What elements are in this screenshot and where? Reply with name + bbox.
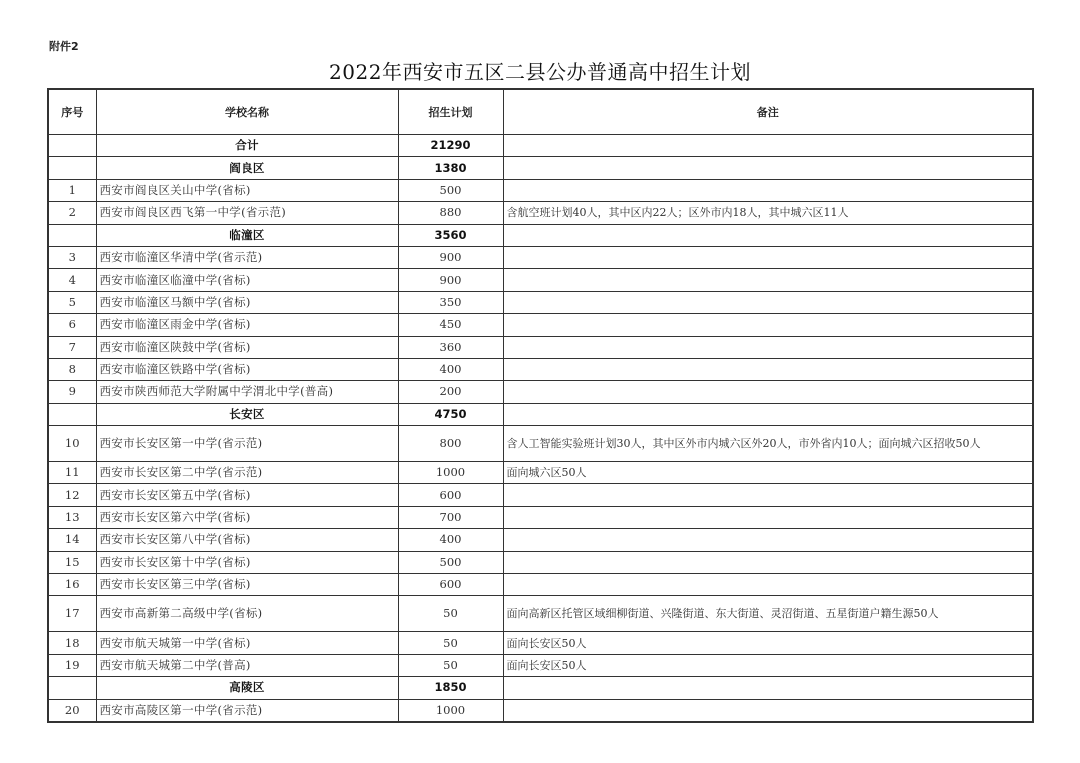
table-header-row: 序号 学校名称 招生计划 备注	[48, 89, 1033, 135]
school-plan: 600	[398, 574, 503, 596]
table-row: 18 西安市航天城第一中学(省标) 50 面向长安区50人	[48, 632, 1033, 654]
page-title: 2022年西安市五区二县公办普通高中招生计划	[0, 56, 1080, 85]
school-remark	[503, 551, 1033, 573]
school-remark: 面向长安区50人	[503, 654, 1033, 676]
school-remark	[503, 358, 1033, 380]
school-seq: 20	[48, 699, 96, 722]
school-plan: 50	[398, 654, 503, 676]
school-name: 西安市航天城第二中学(普高)	[96, 654, 398, 676]
total-seq	[48, 135, 96, 157]
school-name: 西安市长安区第十中学(省标)	[96, 551, 398, 573]
school-seq: 13	[48, 506, 96, 528]
district-row: 阎良区 1380	[48, 157, 1033, 179]
school-plan: 350	[398, 291, 503, 313]
school-seq: 19	[48, 654, 96, 676]
school-remark: 面向城六区50人	[503, 462, 1033, 484]
district-remark	[503, 224, 1033, 246]
school-name: 西安市长安区第五中学(省标)	[96, 484, 398, 506]
table-row: 9 西安市陕西师范大学附属中学渭北中学(普高) 200	[48, 381, 1033, 403]
district-plan: 4750	[398, 403, 503, 425]
table-row: 10 西安市长安区第一中学(省示范) 800 含人工智能实验班计划30人，其中区…	[48, 426, 1033, 462]
table-row: 7 西安市临潼区陕鼓中学(省标) 360	[48, 336, 1033, 358]
school-name: 西安市高陵区第一中学(省示范)	[96, 699, 398, 722]
district-plan: 1850	[398, 677, 503, 699]
school-plan: 450	[398, 314, 503, 336]
school-name: 西安市长安区第八中学(省标)	[96, 529, 398, 551]
district-seq	[48, 403, 96, 425]
school-plan: 900	[398, 269, 503, 291]
district-plan: 3560	[398, 224, 503, 246]
school-seq: 11	[48, 462, 96, 484]
table-row: 13 西安市长安区第六中学(省标) 700	[48, 506, 1033, 528]
school-remark: 含人工智能实验班计划30人，其中区外市内城六区外20人，市外省内10人；面向城六…	[503, 426, 1033, 462]
district-row: 高陵区 1850	[48, 677, 1033, 699]
school-plan: 50	[398, 632, 503, 654]
header-plan: 招生计划	[398, 89, 503, 135]
page-title-text: 2022年西安市五区二县公办普通高中招生计划	[329, 60, 751, 84]
school-seq: 17	[48, 596, 96, 632]
district-name: 临潼区	[96, 224, 398, 246]
school-plan: 880	[398, 202, 503, 224]
header-seq: 序号	[48, 89, 96, 135]
school-seq: 15	[48, 551, 96, 573]
header-school: 学校名称	[96, 89, 398, 135]
school-name: 西安市长安区第一中学(省示范)	[96, 426, 398, 462]
district-remark	[503, 157, 1033, 179]
school-name: 西安市临潼区马额中学(省标)	[96, 291, 398, 313]
school-seq: 16	[48, 574, 96, 596]
school-plan: 900	[398, 246, 503, 268]
school-plan: 1000	[398, 699, 503, 722]
enrollment-plan-table: 序号 学校名称 招生计划 备注 合计 21290 阎良区 1380 1 西安市阎…	[47, 88, 1034, 723]
school-name: 西安市临潼区华清中学(省示范)	[96, 246, 398, 268]
table-row: 20 西安市高陵区第一中学(省示范) 1000	[48, 699, 1033, 722]
school-seq: 18	[48, 632, 96, 654]
school-remark	[503, 381, 1033, 403]
school-name: 西安市长安区第三中学(省标)	[96, 574, 398, 596]
school-seq: 5	[48, 291, 96, 313]
school-seq: 14	[48, 529, 96, 551]
school-name: 西安市临潼区陕鼓中学(省标)	[96, 336, 398, 358]
total-plan: 21290	[398, 135, 503, 157]
school-plan: 400	[398, 358, 503, 380]
table-row: 3 西安市临潼区华清中学(省示范) 900	[48, 246, 1033, 268]
school-remark	[503, 246, 1033, 268]
table-row: 17 西安市高新第二高级中学(省标) 50 面向高新区托管区域细柳街道、兴隆街道…	[48, 596, 1033, 632]
school-seq: 2	[48, 202, 96, 224]
table-row: 1 西安市阎良区关山中学(省标) 500	[48, 179, 1033, 201]
district-remark	[503, 677, 1033, 699]
district-seq	[48, 677, 96, 699]
table-row: 5 西安市临潼区马额中学(省标) 350	[48, 291, 1033, 313]
school-name: 西安市航天城第一中学(省标)	[96, 632, 398, 654]
school-plan: 600	[398, 484, 503, 506]
school-plan: 800	[398, 426, 503, 462]
school-remark: 含航空班计划40人，其中区内22人；区外市内18人，其中城六区11人	[503, 202, 1033, 224]
school-name: 西安市阎良区关山中学(省标)	[96, 179, 398, 201]
school-remark	[503, 269, 1033, 291]
school-name: 西安市陕西师范大学附属中学渭北中学(普高)	[96, 381, 398, 403]
table-row: 16 西安市长安区第三中学(省标) 600	[48, 574, 1033, 596]
school-name: 西安市阎良区西飞第一中学(省示范)	[96, 202, 398, 224]
district-name: 阎良区	[96, 157, 398, 179]
header-remark: 备注	[503, 89, 1033, 135]
school-seq: 7	[48, 336, 96, 358]
total-remark	[503, 135, 1033, 157]
district-row: 临潼区 3560	[48, 224, 1033, 246]
district-seq	[48, 224, 96, 246]
school-plan: 500	[398, 551, 503, 573]
school-name: 西安市长安区第六中学(省标)	[96, 506, 398, 528]
table-row: 14 西安市长安区第八中学(省标) 400	[48, 529, 1033, 551]
district-plan: 1380	[398, 157, 503, 179]
table-row: 15 西安市长安区第十中学(省标) 500	[48, 551, 1033, 573]
table-row: 4 西安市临潼区临潼中学(省标) 900	[48, 269, 1033, 291]
school-name: 西安市长安区第二中学(省示范)	[96, 462, 398, 484]
district-name: 高陵区	[96, 677, 398, 699]
school-name: 西安市高新第二高级中学(省标)	[96, 596, 398, 632]
school-remark: 面向长安区50人	[503, 632, 1033, 654]
school-seq: 8	[48, 358, 96, 380]
school-plan: 500	[398, 179, 503, 201]
total-row: 合计 21290	[48, 135, 1033, 157]
school-remark	[503, 336, 1033, 358]
table-row: 11 西安市长安区第二中学(省示范) 1000 面向城六区50人	[48, 462, 1033, 484]
school-remark	[503, 699, 1033, 722]
school-seq: 9	[48, 381, 96, 403]
school-plan: 1000	[398, 462, 503, 484]
school-remark	[503, 529, 1033, 551]
school-plan: 400	[398, 529, 503, 551]
school-remark	[503, 291, 1033, 313]
school-remark: 面向高新区托管区域细柳街道、兴隆街道、东大街道、灵沼街道、五星街道户籍生源50人	[503, 596, 1033, 632]
district-row: 长安区 4750	[48, 403, 1033, 425]
table-row: 2 西安市阎良区西飞第一中学(省示范) 880 含航空班计划40人，其中区内22…	[48, 202, 1033, 224]
school-plan: 700	[398, 506, 503, 528]
school-name: 西安市临潼区雨金中学(省标)	[96, 314, 398, 336]
attachment-label: 附件2	[49, 38, 79, 54]
school-seq: 10	[48, 426, 96, 462]
district-name: 长安区	[96, 403, 398, 425]
district-seq	[48, 157, 96, 179]
school-name: 西安市临潼区临潼中学(省标)	[96, 269, 398, 291]
school-remark	[503, 506, 1033, 528]
district-remark	[503, 403, 1033, 425]
school-remark	[503, 484, 1033, 506]
school-plan: 50	[398, 596, 503, 632]
school-plan: 360	[398, 336, 503, 358]
school-remark	[503, 179, 1033, 201]
school-remark	[503, 574, 1033, 596]
school-name: 西安市临潼区铁路中学(省标)	[96, 358, 398, 380]
school-seq: 4	[48, 269, 96, 291]
school-seq: 6	[48, 314, 96, 336]
table-row: 8 西安市临潼区铁路中学(省标) 400	[48, 358, 1033, 380]
school-remark	[503, 314, 1033, 336]
total-label: 合计	[96, 135, 398, 157]
school-seq: 1	[48, 179, 96, 201]
table-row: 19 西安市航天城第二中学(普高) 50 面向长安区50人	[48, 654, 1033, 676]
school-seq: 12	[48, 484, 96, 506]
table-row: 12 西安市长安区第五中学(省标) 600	[48, 484, 1033, 506]
school-seq: 3	[48, 246, 96, 268]
school-plan: 200	[398, 381, 503, 403]
table-row: 6 西安市临潼区雨金中学(省标) 450	[48, 314, 1033, 336]
